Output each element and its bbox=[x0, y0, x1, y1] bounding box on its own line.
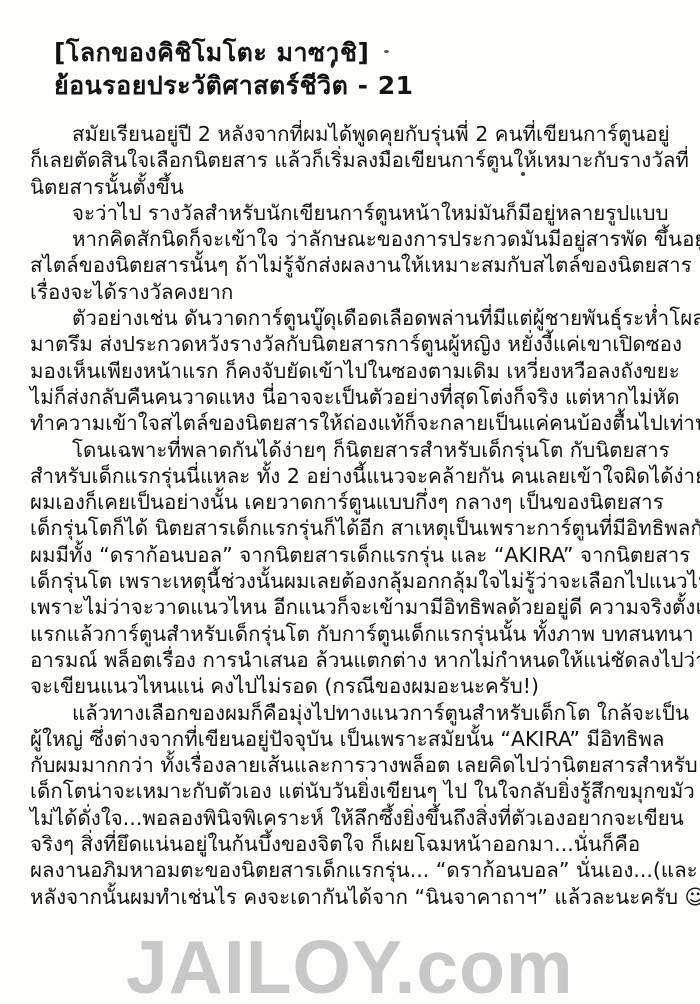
text-line: นิตยสารนั้นตั้งขึ้น bbox=[30, 174, 675, 200]
text-line: อารมณ์ พล็อตเรื่อง การนำเสนอ ล้วนแตกต่าง… bbox=[30, 647, 675, 673]
paragraph: จะว่าไป รางวัลสำหรับนักเขียนการ์ตูนหน้าใ… bbox=[30, 200, 675, 226]
text-line: จะเขียนแนวไหนแน่ คงไปไม่รอด (กรณีของผมอะ… bbox=[30, 673, 675, 699]
text-line: หลังจากนั้นผมทำเช่นไร คงจะเดากันได้จาก “… bbox=[30, 884, 675, 910]
text-line: เด็กรุ่นโตก็ได้ นิตยสารเด็กแรกรุ่นก็ได้อ… bbox=[30, 515, 675, 541]
paragraph: หากคิดสักนิดก็จะเข้าใจ ว่าลักษณะของการปร… bbox=[30, 226, 675, 305]
text-line: แล้วทางเลือกของผมก็คือมุ่งไปทางแนวการ์ตู… bbox=[30, 700, 675, 726]
watermark: JAILOY.com bbox=[126, 924, 574, 1004]
text-line: ไม่ก็ส่งกลับคืนคนวาดแหง นี่อาจจะเป็นตัวอ… bbox=[30, 384, 675, 410]
text-line: ผมเองก็เคยเป็นอย่างนั้น เคยวาดการ์ตูนแบบ… bbox=[30, 489, 675, 515]
text-line: สไตล์ของนิตยสารนั้นๆ ถ้าไม่รู้จักส่งผลงา… bbox=[30, 252, 675, 278]
paragraph: แล้วทางเลือกของผมก็คือมุ่งไปทางแนวการ์ตู… bbox=[30, 700, 675, 910]
text-line: ไม่ได้ดั่งใจ...พอลองพินิจพิเคราะห์ ให้ลึ… bbox=[30, 805, 675, 831]
ink-speck bbox=[384, 50, 389, 53]
text-line: มองเห็นเพียงหน้าแรก ก็คงจับยัดเข้าไปในซอ… bbox=[30, 358, 675, 384]
text-line: สำหรับเด็กแรกรุ่นนี่แหละ ทั้ง 2 อย่างนี้… bbox=[30, 463, 675, 489]
text-line: สมัยเรียนอยู่ปี 2 หลังจากที่ผมได้พูดคุยก… bbox=[30, 121, 675, 147]
body-text: สมัยเรียนอยู่ปี 2 หลังจากที่ผมได้พูดคุยก… bbox=[30, 121, 675, 910]
text-line: แรกแล้วการ์ตูนสำหรับเด็กรุ่นโต กับการ์ตู… bbox=[30, 621, 675, 647]
text-line: ตัวอย่างเช่น ดันวาดการ์ตูนบู๊ดุเดือดเลือ… bbox=[30, 305, 675, 331]
series-title: [โลกของคิชิโมโตะ มาซาชิ] bbox=[54, 36, 414, 69]
paragraph: สมัยเรียนอยู่ปี 2 หลังจากที่ผมได้พูดคุยก… bbox=[30, 121, 675, 200]
page-header: [โลกของคิชิโมโตะ มาซาชิ] ย้อนรอยประวัติศ… bbox=[54, 36, 414, 102]
chapter-title: ย้อนรอยประวัติศาสตร์ชีวิต - 21 bbox=[54, 69, 414, 102]
text-line: ผมมีทั้ง “ดราก้อนบอล” จากนิตยสารเด็กแรกร… bbox=[30, 542, 675, 568]
text-line: หากคิดสักนิดก็จะเข้าใจ ว่าลักษณะของการปร… bbox=[30, 226, 675, 252]
text-line: เรื่องจะได้รางวัลคงยาก bbox=[30, 279, 675, 305]
text-line: กับผมมากกว่า ทั้งเรื่องลายเส้นและการวางพ… bbox=[30, 752, 675, 778]
text-line: จะว่าไป รางวัลสำหรับนักเขียนการ์ตูนหน้าใ… bbox=[30, 200, 675, 226]
scanned-page: [โลกของคิชิโมโตะ มาซาชิ] ย้อนรอยประวัติศ… bbox=[0, 0, 700, 1004]
text-line: ผลงานอภิมหาอมตะของนิตยสารเด็กแรกรุ่น... … bbox=[30, 857, 675, 883]
paragraph: โดนเฉพาะที่พลาดกันได้ง่ายๆ ก็นิตยสารสำหร… bbox=[30, 437, 675, 700]
text-line: ทำความเข้าใจสไตล์ของนิตยสารให้ถ่องแท้ก็จ… bbox=[30, 410, 675, 436]
text-line: ก็เลยตัดสินใจเลือกนิตยสาร แล้วก็เริ่มลงม… bbox=[30, 147, 675, 173]
text-line: เพราะไม่ว่าจะวาดแนวไหน อีกแนวก็จะเข้ามาม… bbox=[30, 594, 675, 620]
text-line: จริงๆ สิ่งที่ยึดแน่นอยู่ในก้นบึ้งของจิตใ… bbox=[30, 831, 675, 857]
text-line: โดนเฉพาะที่พลาดกันได้ง่ายๆ ก็นิตยสารสำหร… bbox=[30, 437, 675, 463]
paragraph: ตัวอย่างเช่น ดันวาดการ์ตูนบู๊ดุเดือดเลือ… bbox=[30, 305, 675, 436]
text-line: มาตรึม ส่งประกวดหวังรางวัลกับนิตยสารการ์… bbox=[30, 331, 675, 357]
text-line: ผู้ใหญ่ ซึ่งต่างจากที่เขียนอยู่ปัจจุบัน … bbox=[30, 726, 675, 752]
text-line: เด็กรุ่นโต เพราะเหตุนี้ช่วงนั้นผมเลยต้อง… bbox=[30, 568, 675, 594]
text-line: เด็กโตน่าจะเหมาะกับตัวเอง แต่นับวันยิ่งเ… bbox=[30, 778, 675, 804]
